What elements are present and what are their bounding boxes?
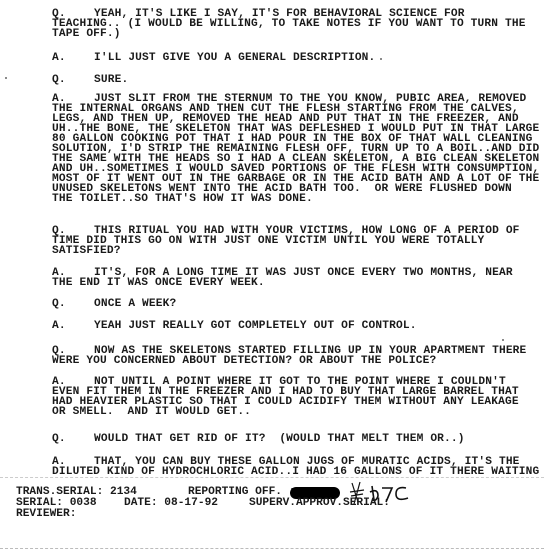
transcript-line: I'LL JUST GIVE YOU A GENERAL DESCRIPTION… — [94, 52, 375, 64]
transcript-line: THE TOILET..SO THAT'S HOW IT WAS DONE. — [52, 194, 507, 204]
transcript-entry: Q.ONCE A WEEK? — [52, 299, 507, 309]
scan-speck — [380, 58, 382, 60]
speaker-label: Q. — [52, 75, 94, 85]
footer-date: DATE: 08-17-92 — [124, 498, 218, 509]
scan-artifact-line — [0, 548, 544, 549]
transcript-entry: Q.YEAH, IT'S LIKE I SAY, IT'S FOR BEHAVI… — [52, 9, 507, 39]
speaker-label: A. — [52, 321, 94, 331]
transcript-line: YEAH JUST REALLY GOT COMPLETELY OUT OF C… — [94, 320, 417, 332]
transcript-line: TAPE OFF.) — [52, 29, 507, 39]
speaker-label: Q. — [52, 434, 94, 444]
transcript-entry: A.THAT, YOU CAN BUY THESE GALLON JUGS OF… — [52, 457, 507, 477]
transcript-entry: A.I'LL JUST GIVE YOU A GENERAL DESCRIPTI… — [52, 53, 507, 63]
document-page: Q.YEAH, IT'S LIKE I SAY, IT'S FOR BEHAVI… — [0, 0, 544, 553]
transcript-line: SATISFIED? — [52, 246, 507, 256]
speaker-label: Q. — [52, 299, 94, 309]
transcript-line: ONCE A WEEK? — [94, 298, 176, 310]
scan-speck — [5, 77, 7, 79]
footer-reviewer: REVIEWER: — [16, 509, 76, 520]
transcript-line: WOULD THAT GET RID OF IT? (WOULD THAT ME… — [94, 433, 465, 445]
scan-artifact-line — [0, 477, 544, 478]
transcript-entry: A.NOT UNTIL A POINT WHERE IT GOT TO THE … — [52, 377, 507, 417]
transcript-line: THE END IT WAS ONCE EVERY WEEK. — [52, 278, 507, 288]
transcript-entry: Q.THIS RITUAL YOU HAD WITH YOUR VICTIMS,… — [52, 226, 507, 256]
transcript-line: DILUTED KIND OF HYDROCHLORIC ACID..I HAD… — [52, 467, 507, 477]
transcript-entry: A.YEAH JUST REALLY GOT COMPLETELY OUT OF… — [52, 321, 507, 331]
transcript-entry: Q.WOULD THAT GET RID OF IT? (WOULD THAT … — [52, 434, 507, 444]
transcript-line: SURE. — [94, 74, 128, 86]
speaker-label: A. — [52, 53, 94, 63]
transcript-entry: A.IT'S, FOR A LONG TIME IT WAS JUST ONCE… — [52, 268, 507, 288]
transcript-line: WERE YOU CONCERNED ABOUT DETECTION? OR A… — [52, 356, 507, 366]
transcript-entry: A.JUST SLIT FROM THE STERNUM TO THE YOU … — [52, 94, 507, 204]
footer-superv-approv-serial: SUPERV.APPROV.SERIAL: — [249, 498, 390, 509]
transcript-entry: Q.NOW AS THE SKELETONS STARTED FILLING U… — [52, 346, 507, 366]
scan-speck — [502, 339, 504, 341]
transcript-entry: Q.SURE. — [52, 75, 507, 85]
transcript-line: OR SMELL. AND IT WOULD GET.. — [52, 407, 507, 417]
